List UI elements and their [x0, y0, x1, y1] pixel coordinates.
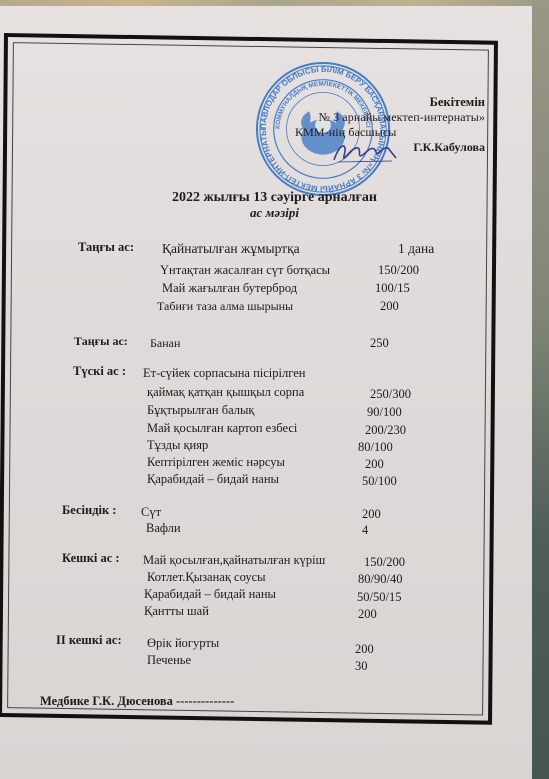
meal-label-snack: Бесіндік :	[62, 503, 116, 518]
menu-item-qty: 250	[370, 336, 389, 350]
menu-item-qty: 90/100	[367, 405, 402, 419]
menu-item: Тұзды қияр	[147, 438, 208, 452]
menu-item-qty: 30	[355, 659, 368, 673]
meal-label-lunch: Түскі ас :	[73, 364, 126, 379]
menu-item-qty: 250/300	[370, 387, 411, 401]
menu-item: Өрік йогурты	[147, 636, 219, 650]
menu-item-qty: 150/200	[364, 555, 405, 569]
menu-item: Үнтақтан жасалған сүт ботқасы	[160, 263, 330, 277]
menu-item: Қарабидай – бидай наны	[147, 472, 279, 486]
menu-item: Май қосылған,қайнатылған күріш	[143, 553, 325, 567]
menu-item-qty: 200	[358, 607, 377, 621]
menu-item: Ет-сүйек сорпасына пісірілген	[143, 366, 305, 380]
background-strip-right	[532, 0, 549, 779]
menu-item: Қайнатылған жұмыртқа	[162, 242, 300, 256]
menu-item-qty: 80/90/40	[358, 572, 402, 586]
menu-title: 2022 жылғы 13 сәуірге арналған	[0, 190, 549, 206]
menu-item-qty: 200	[362, 507, 381, 521]
meal-label-second-breakfast: Таңғы ас:	[74, 334, 128, 349]
meal-label-second-dinner: ІІ кешкі ас:	[56, 633, 122, 648]
menu-item: Кептірілген жеміс нәрсуы	[147, 455, 285, 469]
meal-label-breakfast: Таңғы ас:	[78, 240, 134, 255]
menu-item: Бұқтырылған балық	[147, 403, 254, 417]
menu-item: Банан	[150, 336, 180, 350]
menu-item-qty: 80/100	[358, 440, 393, 454]
background-strip-top	[0, 0, 549, 6]
menu-item: Қарабидай – бидай наны	[144, 587, 276, 601]
menu-item-qty: 150/200	[378, 263, 419, 277]
approval-org-line-1: № 3 арнайы мектеп-интернаты»	[285, 110, 485, 125]
menu-item-qty: 1 дана	[398, 242, 434, 256]
menu-item: Котлет.Қызанақ соусы	[147, 570, 266, 584]
menu-item: Қантты шай	[144, 604, 209, 618]
menu-item-qty: 50/50/15	[357, 590, 401, 604]
menu-item-qty: 4	[362, 523, 368, 537]
nurse-signature-line: Медбике Г.К. Дюсенова --------------	[40, 694, 234, 709]
signature-icon	[330, 138, 400, 168]
menu-item-qty: 200	[355, 642, 374, 656]
meal-label-dinner: Кешкі ас :	[62, 551, 120, 566]
menu-item-qty: 100/15	[375, 281, 410, 295]
menu-item: Табиғи таза алма шырыны	[157, 299, 293, 313]
menu-subtitle: ас мәзірі	[0, 205, 549, 221]
menu-item-qty: 200	[380, 299, 399, 313]
menu-item: Вафли	[146, 521, 181, 535]
menu-item-qty: 200/230	[365, 423, 406, 437]
menu-item: Печенье	[147, 653, 191, 667]
menu-item: Май қосылған картоп езбесі	[147, 421, 297, 435]
menu-item-qty: 50/100	[362, 474, 397, 488]
menu-item-qty: 200	[365, 457, 384, 471]
approval-title: Бекітемін	[285, 95, 485, 110]
menu-item: қаймақ қатқан қышқыл сорпа	[147, 385, 304, 399]
menu-item: Май жағылған бутерброд	[162, 281, 297, 295]
menu-item: Сүт	[141, 505, 161, 519]
